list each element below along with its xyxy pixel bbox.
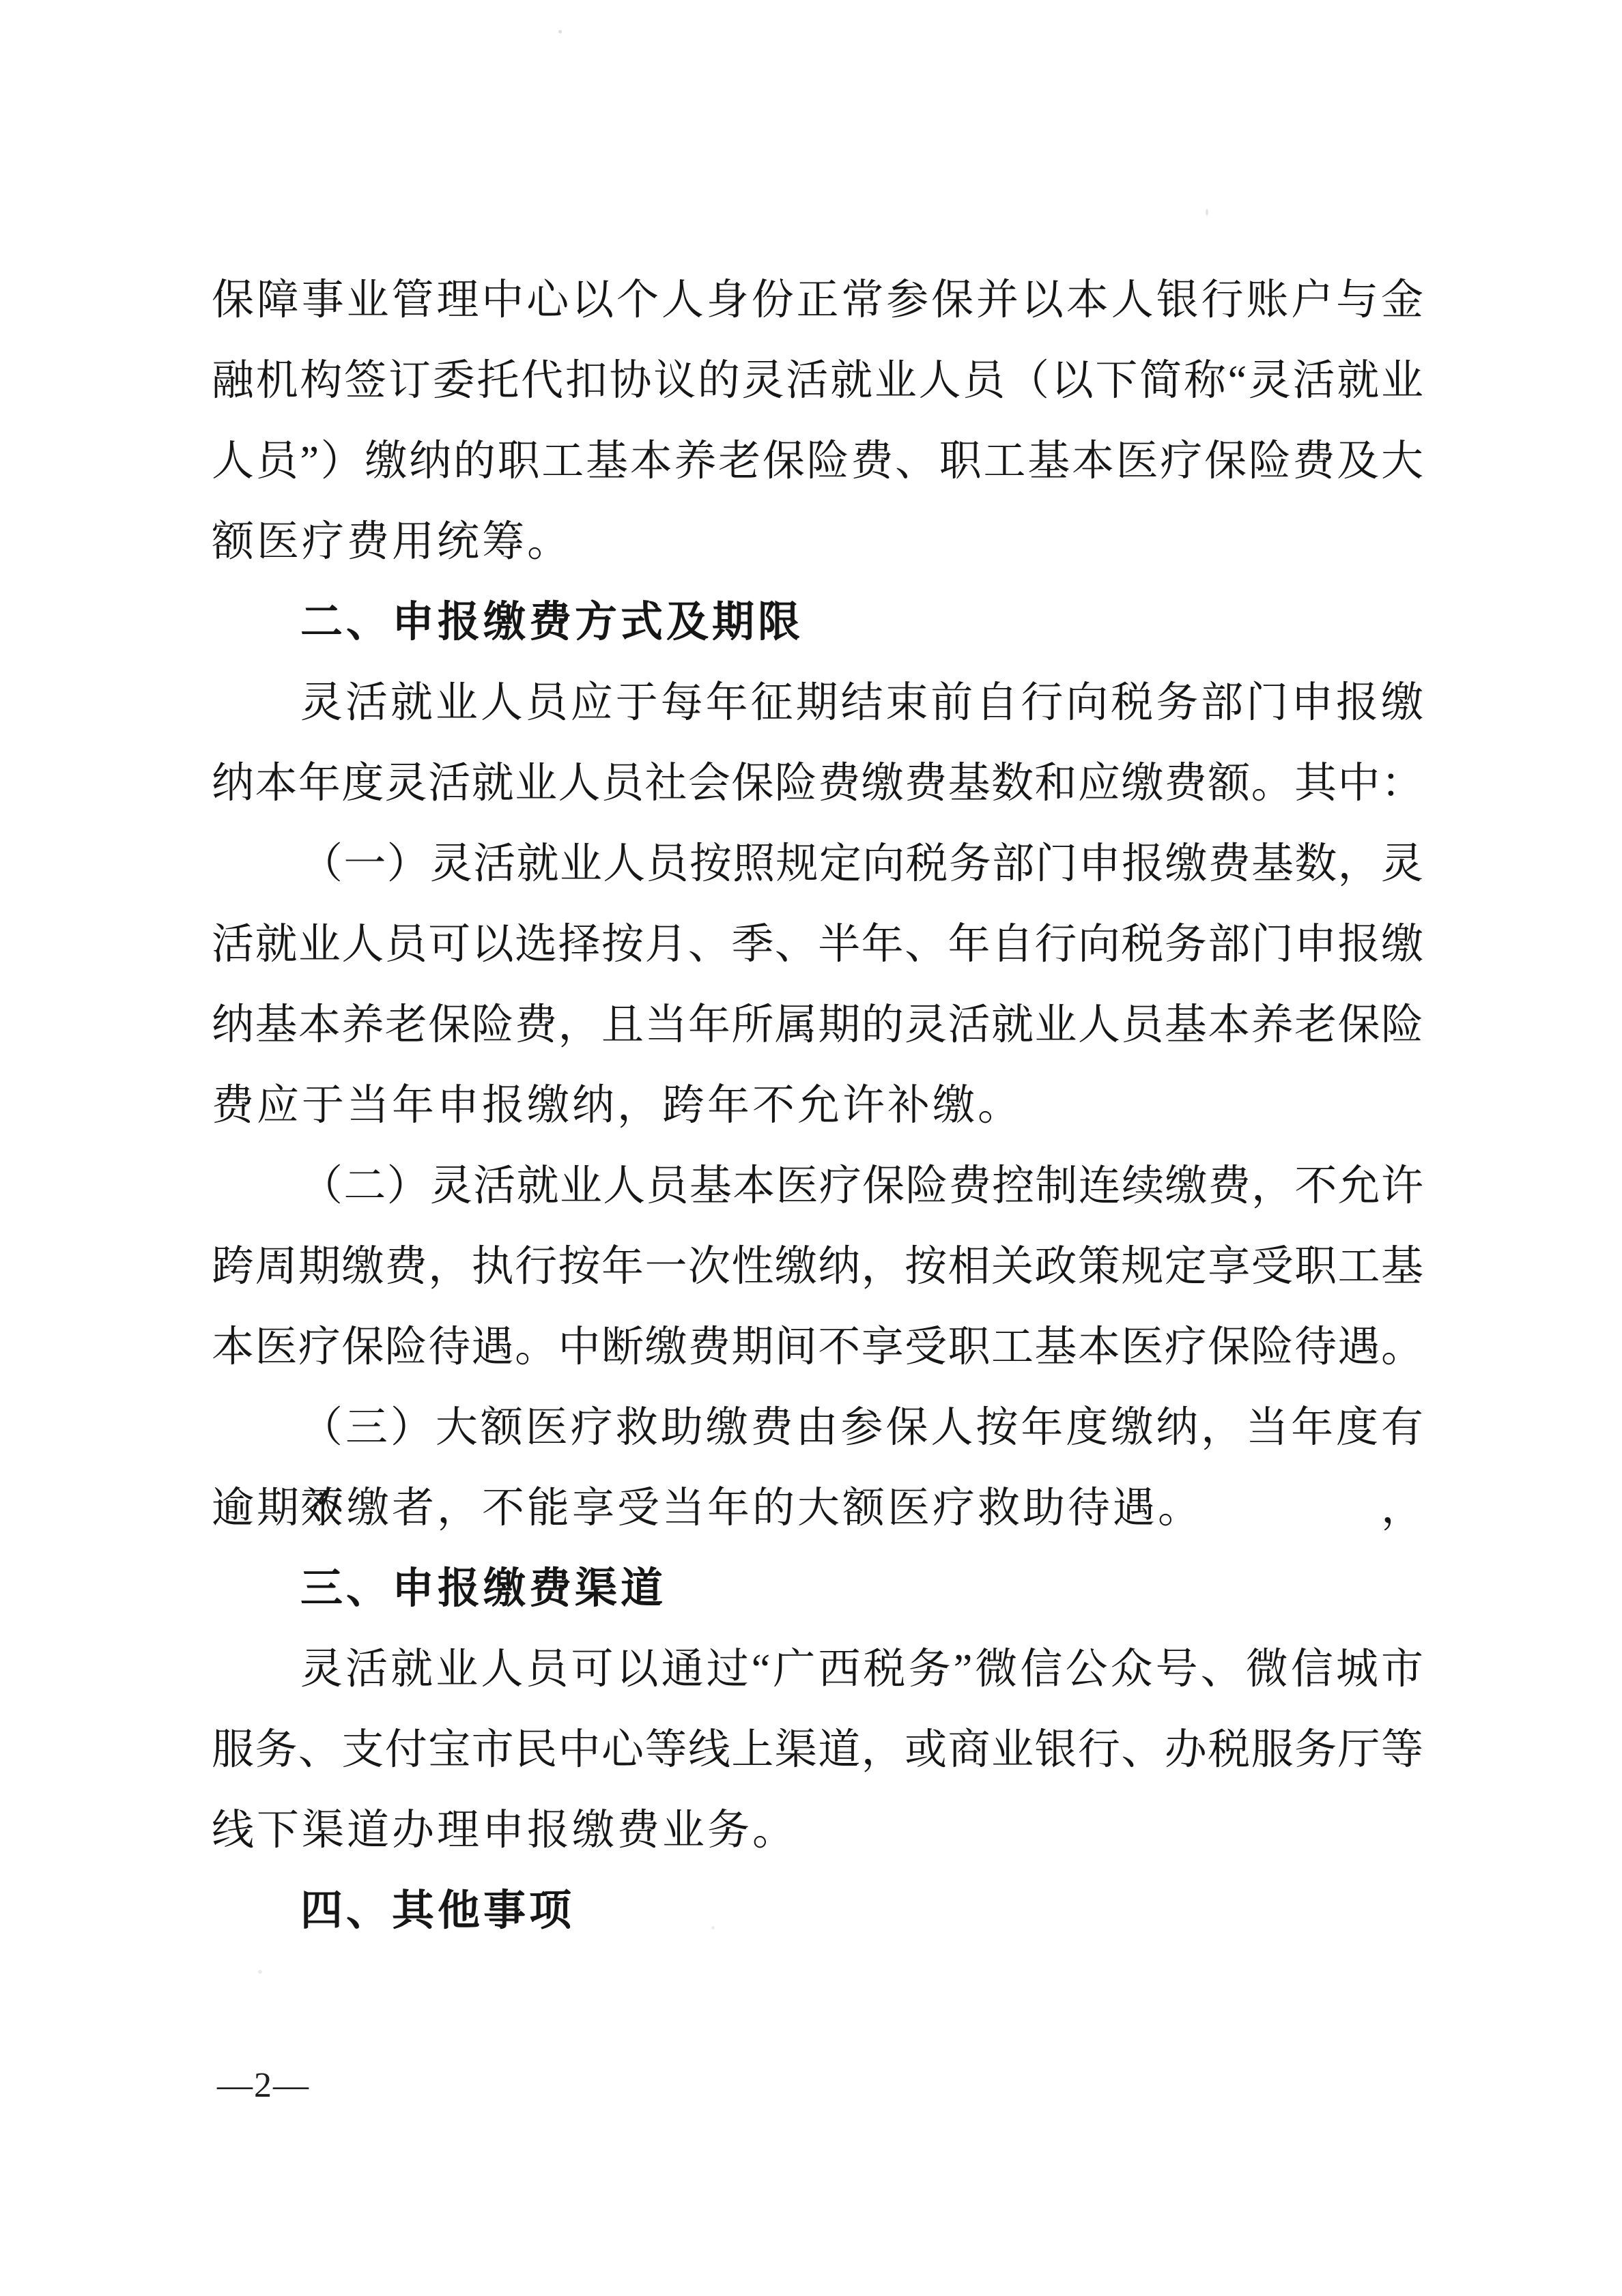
body-line: 灵活就业人员应于每年征期结束前自行向税务部门申报缴 (212, 663, 1423, 743)
body-line: 本医疗保险待遇。中断缴费期间不享受职工基本医疗保险待遇。 (212, 1307, 1423, 1388)
body-line: 纳本年度灵活就业人员社会保险费缴费基数和应缴费额。其中： (212, 743, 1423, 824)
body-line: （二）灵活就业人员基本医疗保险费控制连续缴费，不允许 (212, 1146, 1423, 1226)
body-line: （一）灵活就业人员按照规定向税务部门申报缴费基数，灵 (212, 824, 1423, 904)
body-line: 线下渠道办理申报缴费业务。 (212, 1790, 1423, 1871)
section-heading-4: 四、其他事项 (212, 1871, 1423, 1951)
scan-speck (1206, 209, 1208, 216)
body-line: 保障事业管理中心以个人身份正常参保并以本人银行账户与金 (212, 260, 1423, 341)
body-line: 服务、支付宝市民中心等线上渠道，或商业银行、办税服务厅等 (212, 1710, 1423, 1790)
section-heading-2: 二、申报缴费方式及期限 (212, 582, 1423, 663)
body-line: 活就业人员可以选择按月、季、半年、年自行向税务部门申报缴 (212, 904, 1423, 985)
body-line: 跨周期缴费，执行按年一次性缴纳，按相关政策规定享受职工基 (212, 1226, 1423, 1307)
body-line: 人员”）缴纳的职工基本养老保险费、职工基本医疗保险费及大 (212, 421, 1423, 502)
scan-speck (711, 1926, 715, 1929)
body-line: 灵活就业人员可以通过“广西税务”微信公众号、微信城市 (212, 1629, 1423, 1710)
body-line: 融机构签订委托代扣协议的灵活就业人员（以下简称“灵活就业 (212, 341, 1423, 421)
scan-speck (558, 30, 562, 33)
section-heading-3: 三、申报缴费渠道 (212, 1549, 1423, 1629)
document-page: 保障事业管理中心以个人身份正常参保并以本人银行账户与金 融机构签订委托代扣协议的… (0, 0, 1622, 2296)
page-number: —2— (217, 2065, 310, 2106)
body-line: 纳基本养老保险费，且当年所属期的灵活就业人员基本养老保险 (212, 985, 1423, 1065)
scan-speck (258, 1970, 262, 1974)
body-line: 额医疗费用统筹。 (212, 502, 1423, 582)
body-line: 费应于当年申报缴纳，跨年不允许补缴。 (212, 1065, 1423, 1146)
body-line: （三）大额医疗救助缴费由参保人按年度缴纳，当年度有效， (212, 1388, 1423, 1468)
document-text-block: 保障事业管理中心以个人身份正常参保并以本人银行账户与金 融机构签订委托代扣协议的… (212, 260, 1423, 1951)
